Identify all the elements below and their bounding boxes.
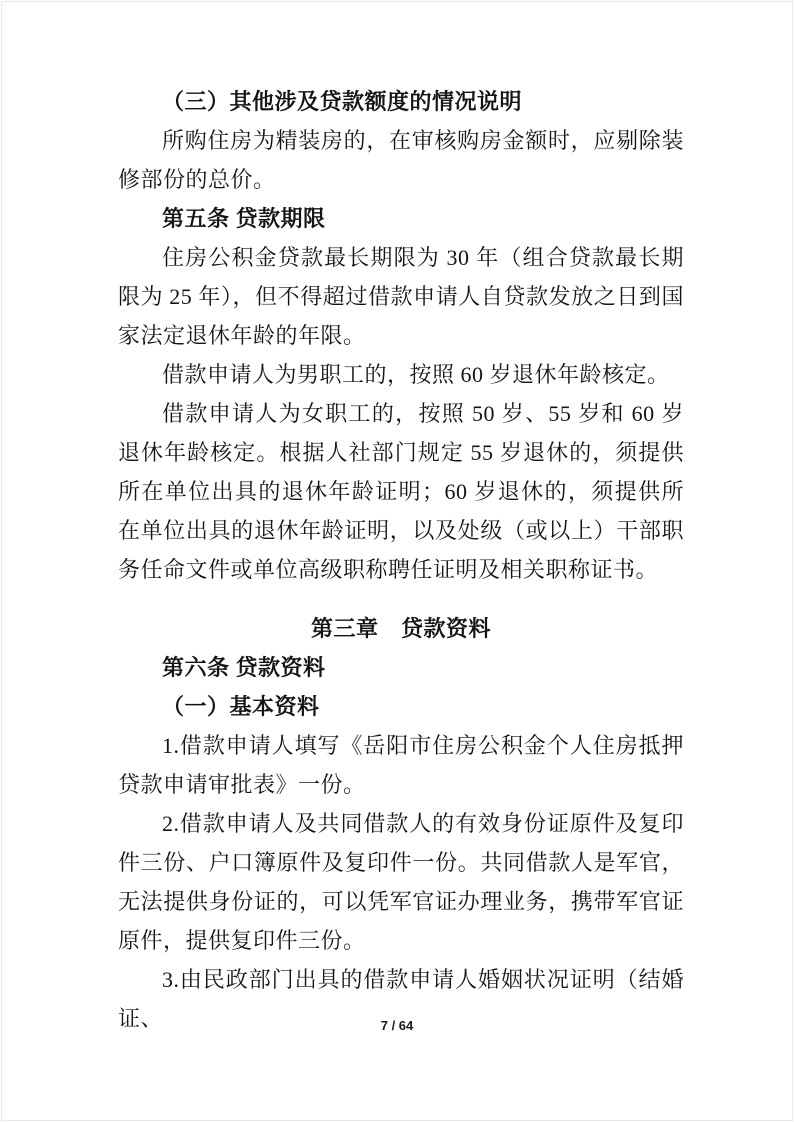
document-page: （三）其他涉及贷款额度的情况说明 所购住房为精装房的，在审核购房金额时，应剔除装… [0,0,794,1122]
paragraph-male-retirement-age: 借款申请人为男职工的，按照 60 岁退休年龄核定。 [118,355,684,394]
heading-article-5-loan-term: 第五条 贷款期限 [118,199,684,238]
page-number-indicator: 7 / 64 [381,1018,414,1033]
paragraph-item-2-id-documents: 2.借款申请人及共同借款人的有效身份证原件及复印件三份、户口簿原件及复印件一份。… [118,804,684,960]
heading-chapter-3-loan-materials: 第三章 贷款资料 [118,609,684,648]
paragraph-renovation-price: 所购住房为精装房的，在审核购房金额时，应剔除装修部份的总价。 [118,121,684,199]
paragraph-female-retirement-age: 借款申请人为女职工的，按照 50 岁、55 岁和 60 岁退休年龄核定。根据人社… [118,394,684,589]
paragraph-item-1-application-form: 1.借款申请人填写《岳阳市住房公积金个人住房抵押贷款申请审批表》一份。 [118,726,684,804]
paragraph-max-loan-term: 住房公积金贷款最长期限为 30 年（组合贷款最长期限为 25 年），但不得超过借… [118,238,684,355]
page-footer: 7 / 64 [0,1018,794,1033]
heading-article-6-loan-materials: 第六条 贷款资料 [118,648,684,687]
heading-section-i-basic-materials: （一）基本资料 [118,687,684,726]
heading-section-iii-loan-amount-notes: （三）其他涉及贷款额度的情况说明 [118,82,684,121]
document-content: （三）其他涉及贷款额度的情况说明 所购住房为精装房的，在审核购房金额时，应剔除装… [118,82,684,1038]
